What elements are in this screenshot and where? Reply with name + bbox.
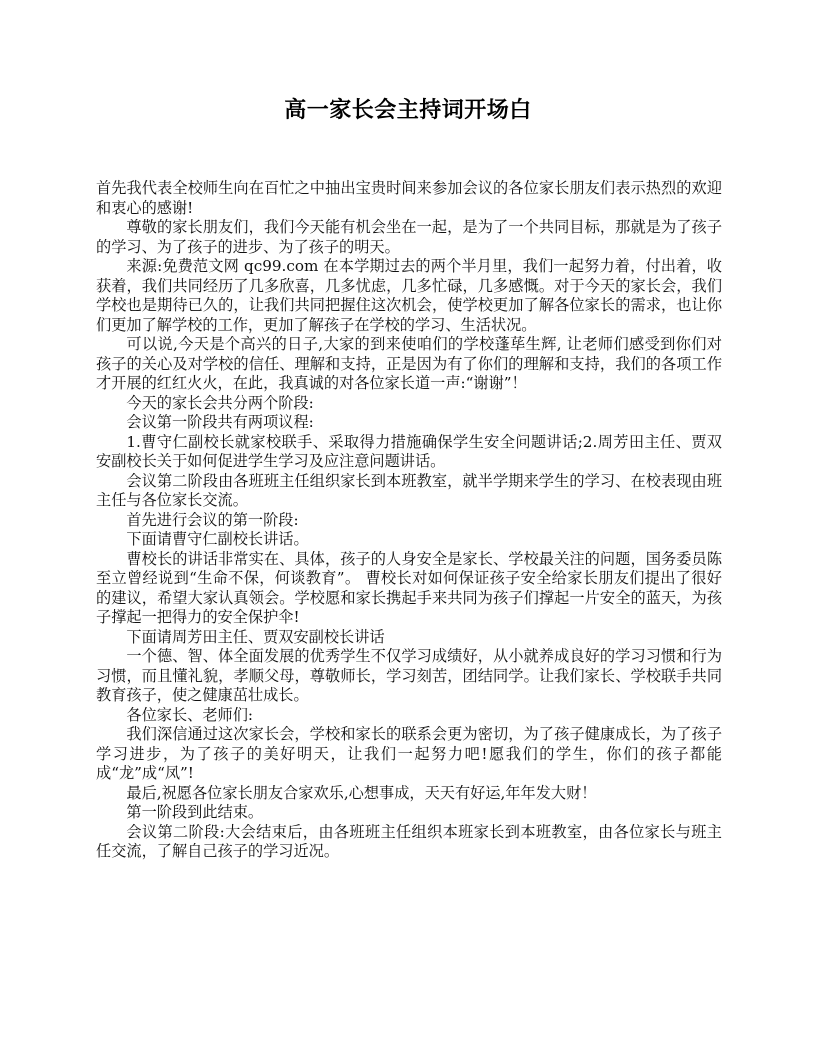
paragraph-thanks: 可以说,今天是个高兴的日子,大家的到来使咱们的学校蓬荜生辉, 让老师们感受到你们… bbox=[96, 335, 722, 394]
paragraph-invite-zhou-jia: 下面请周芳田主任、贾双安副校长讲话 bbox=[96, 628, 722, 648]
document-body: 首先我代表全校师生向在百忙之中抽出宝贵时间来参加会议的各位家长朋友们表示热烈的欢… bbox=[96, 179, 722, 862]
paragraph-invite-cao: 下面请曹守仁副校长讲话。 bbox=[96, 530, 722, 550]
paragraph-student-development: 一个德、智、体全面发展的优秀学生不仅学习成绩好，从小就养成良好的学习习惯和行为习… bbox=[96, 647, 722, 706]
paragraph-cao-summary: 曹校长的讲话非常实在、具体，孩子的人身安全是家长、学校最关注的问题，国务委员陈至… bbox=[96, 550, 722, 628]
paragraph-stage-two-detail: 会议第二阶段:大会结束后，由各班班主任组织本班家长到本班教室，由各位家长与班主任… bbox=[96, 823, 722, 862]
paragraph-address: 各位家长、老师们: bbox=[96, 706, 722, 726]
paragraph-semester: 来源:免费范文网 qc99.com 在本学期过去的两个半月里，我们一起努力着，付… bbox=[96, 257, 722, 335]
paragraph-purpose: 尊敬的家长朋友们，我们今天能有机会坐在一起，是为了一个共同目标，那就是为了孩子的… bbox=[96, 218, 722, 257]
document-title: 高一家长会主持词开场白 bbox=[0, 93, 816, 124]
paragraph-two-stages: 今天的家长会共分两个阶段: bbox=[96, 394, 722, 414]
paragraph-stage-one-agenda: 会议第一阶段共有两项议程: bbox=[96, 413, 722, 433]
paragraph-agenda-items: 1.曹守仁副校长就家校联手、采取得力措施确保学生安全问题讲话;2.周芳田主任、贾… bbox=[96, 433, 722, 472]
paragraph-begin-stage-one: 首先进行会议的第一阶段: bbox=[96, 511, 722, 531]
paragraph-belief: 我们深信通过这次家长会，学校和家长的联系会更为密切，为了孩子健康成长，为了孩子学… bbox=[96, 725, 722, 784]
document-page: 高一家长会主持词开场白 首先我代表全校师生向在百忙之中抽出宝贵时间来参加会议的各… bbox=[0, 0, 816, 1056]
paragraph-stage-two: 会议第二阶段由各班班主任组织家长到本班教室，就半学期来学生的学习、在校表现由班主… bbox=[96, 472, 722, 511]
paragraph-stage-one-end: 第一阶段到此结束。 bbox=[96, 803, 722, 823]
paragraph-wishes: 最后,祝愿各位家长朋友合家欢乐,心想事成，天天有好运,年年发大财！ bbox=[96, 784, 722, 804]
paragraph-greeting: 首先我代表全校师生向在百忙之中抽出宝贵时间来参加会议的各位家长朋友们表示热烈的欢… bbox=[96, 179, 722, 218]
